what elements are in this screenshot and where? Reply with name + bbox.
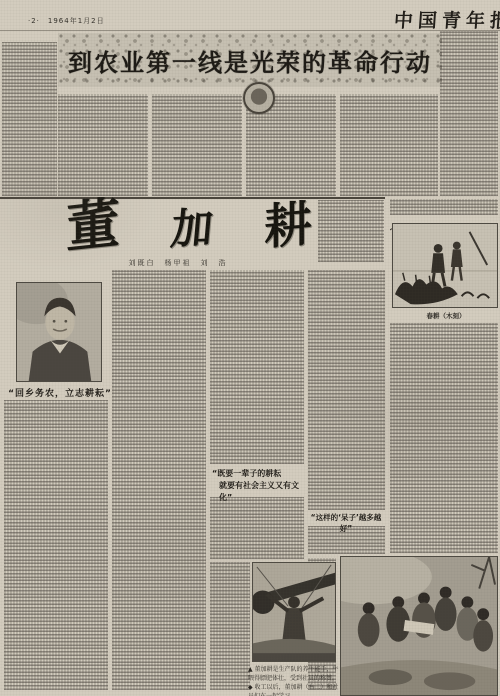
masthead-title: 中国青年报 (393, 6, 500, 33)
lead-headline: 到农业第一线是光荣的革命行动 (68, 43, 432, 78)
feature-title: 董 加 耕 (66, 198, 312, 256)
headline-banner: 到农业第一线是光荣的革命行动 (58, 33, 442, 87)
feature-title-char: 董 (66, 195, 120, 255)
feature-text-column-3 (210, 270, 304, 464)
lead-text-column (58, 94, 148, 196)
byline: 刘既白 杨甲祖 刘 浩 (118, 258, 238, 268)
sidebar-text-top (390, 199, 498, 215)
lead-text-column (340, 94, 438, 196)
feature-text-column-4 (308, 270, 385, 510)
feature-title-char: 加 (169, 207, 215, 251)
portrait-photo (16, 282, 102, 382)
feature-text-column-3b (210, 497, 304, 559)
photo-water-wheel (252, 562, 336, 662)
newspaper-page: { "page_header": { "page_and_date": "·2·… (0, 0, 500, 696)
seal-emblem-icon (243, 82, 275, 114)
sidebar-text-column (390, 323, 498, 553)
feature-text-column-3c (210, 562, 250, 690)
header-rule (0, 30, 500, 31)
feature-side-text-column (318, 200, 384, 262)
wavy-rule (390, 217, 498, 221)
photo-caption-2: ◆ 收工以后，董加耕（右二）和社员们在一起学习。 (248, 684, 340, 696)
photo-group-study (340, 556, 498, 696)
illustration-caption: 春耕（木刻） (400, 311, 492, 320)
feature-text-column-1 (4, 400, 108, 690)
feature-title-char: 耕 (264, 200, 312, 252)
feature-text-column-4b (308, 526, 385, 554)
page-number-and-date: ·2· 1964年1月2日 (28, 16, 105, 26)
feature-text-column-2 (112, 270, 206, 690)
quote-subhead-line1: “既要一辈子的耕耘 (212, 468, 304, 480)
lead-right-text-column (440, 31, 498, 196)
woodcut-illustration (392, 223, 498, 308)
photo-caption-1: ▲ 董加耕是生产队的养牛能手，牛喂得膘肥体壮，受到社员的称赞。 (248, 666, 340, 683)
lead-text-column (152, 94, 242, 196)
portrait-caption: “回乡务农，立志耕耘” (8, 386, 112, 399)
lead-left-text-column (2, 42, 57, 196)
